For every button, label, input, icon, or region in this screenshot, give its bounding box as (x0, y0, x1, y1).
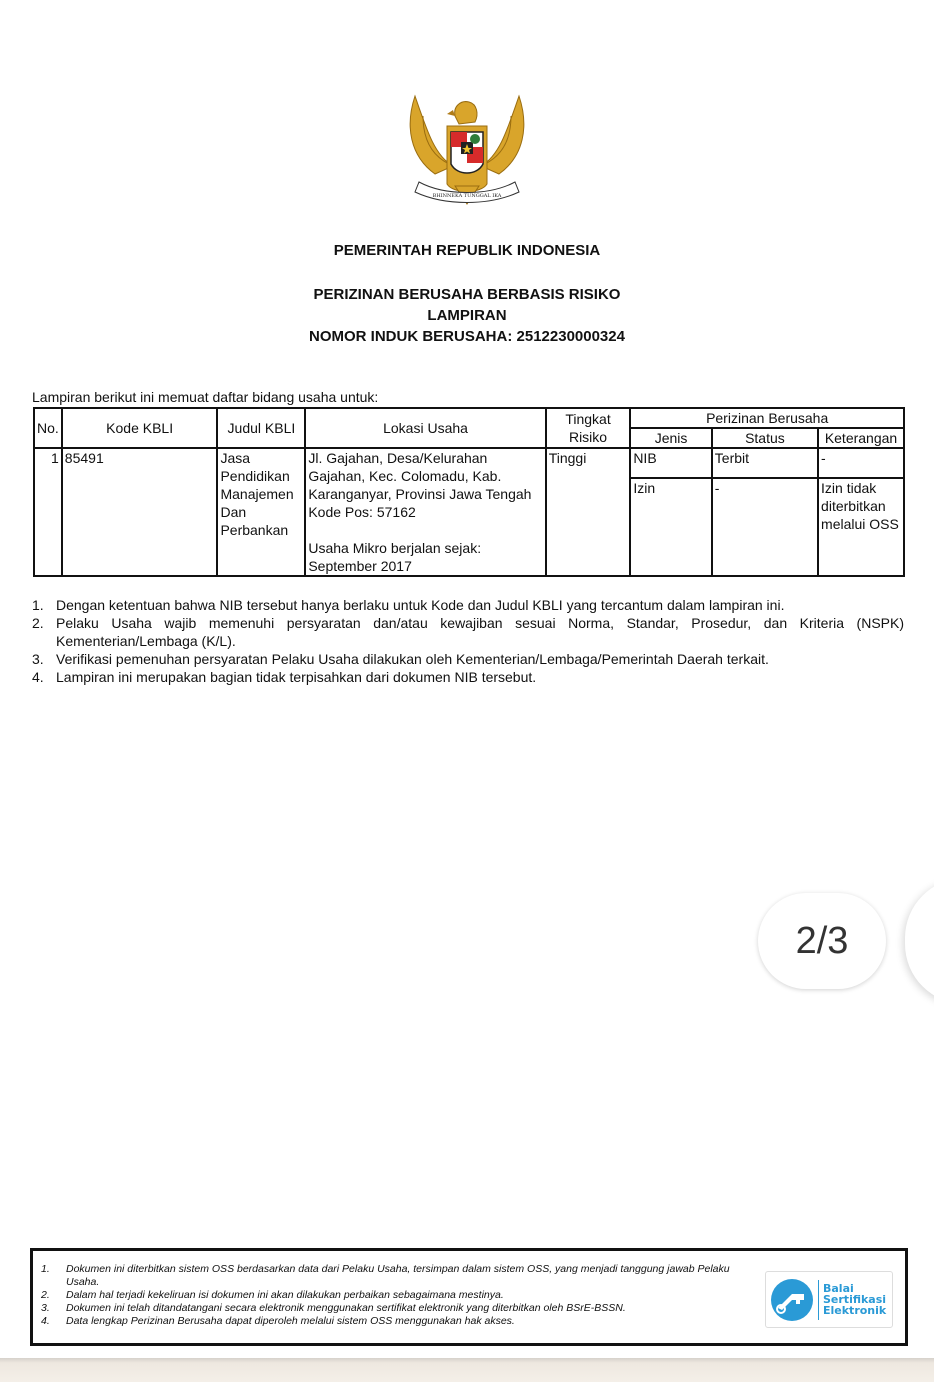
document-title: PERIZINAN BERUSAHA BERBASIS RISIKO (0, 286, 934, 303)
lokasi-kode-pos: Kode Pos: 57162 (308, 503, 542, 521)
lokasi-usaha-mikro: Usaha Mikro berjalan sejak: September 20… (308, 539, 542, 575)
footer-disclaimer-box: 1.Dokumen ini diterbitkan sistem OSS ber… (30, 1248, 908, 1346)
footer-note-item: 1.Dokumen ini diterbitkan sistem OSS ber… (41, 1263, 761, 1289)
footer-note-item: 2.Dalam hal terjadi kekeliruan isi dokum… (41, 1289, 761, 1302)
bsre-line3: Elektronik (823, 1305, 886, 1316)
note-item: 3.Verifikasi pemenuhan persyaratan Pelak… (32, 650, 904, 668)
header-jenis: Jenis (630, 428, 711, 448)
government-heading: PEMERINTAH REPUBLIK INDONESIA (0, 242, 934, 259)
note-item: 2.Pelaku Usaha wajib memenuhi persyarata… (32, 614, 904, 650)
intro-text: Lampiran berikut ini memuat daftar bidan… (32, 389, 378, 405)
notes-list: 1.Dengan ketentuan bahwa NIB tersebut ha… (32, 596, 904, 686)
footer-note-item: 3.Dokumen ini telah ditandatangani secar… (41, 1302, 761, 1315)
footer-notes-list: 1.Dokumen ini diterbitkan sistem OSS ber… (41, 1263, 761, 1328)
header-kode-kbli: Kode KBLI (62, 408, 218, 448)
bsre-logo: Balai Sertifikasi Elektronik (765, 1271, 893, 1328)
cell-tingkat-risiko: Tinggi (546, 448, 631, 576)
kbli-table: No. Kode KBLI Judul KBLI Lokasi Usaha Ti… (33, 407, 905, 577)
nib-number: NOMOR INDUK BERUSAHA: 2512230000324 (0, 328, 934, 345)
note-item: 1.Dengan ketentuan bahwa NIB tersebut ha… (32, 596, 904, 614)
garuda-emblem-icon: BHINNEKA TUNGGAL IKA (405, 86, 529, 214)
page-indicator[interactable]: 2/3 (758, 893, 886, 989)
header-perizinan-berusaha: Perizinan Berusaha (630, 408, 904, 428)
cell-keterangan-izin: Izin tidak diterbitkan melalui OSS (818, 478, 904, 576)
svg-text:BHINNEKA TUNGGAL IKA: BHINNEKA TUNGGAL IKA (433, 193, 502, 199)
header-status: Status (712, 428, 818, 448)
document-subtitle: LAMPIRAN (0, 307, 934, 324)
lokasi-address: Jl. Gajahan, Desa/Kelurahan Gajahan, Kec… (308, 449, 542, 503)
header-no: No. (34, 408, 62, 448)
cell-no: 1 (34, 448, 62, 576)
header-keterangan: Keterangan (818, 428, 904, 448)
footer-note-item: 4.Data lengkap Perizinan Berusaha dapat … (41, 1315, 761, 1328)
cell-kode-kbli: 85491 (62, 448, 218, 576)
cell-jenis-nib: NIB (630, 448, 711, 478)
viewer-bottom-bar (0, 1358, 934, 1382)
header-tingkat-risiko: Tingkat Risiko (546, 408, 631, 448)
cell-judul-kbli: Jasa Pendidikan Manajemen Dan Perbankan (217, 448, 305, 576)
table-row: 1 85491 Jasa Pendidikan Manajemen Dan Pe… (34, 448, 904, 478)
cell-jenis-izin: Izin (630, 478, 711, 576)
note-item: 4.Lampiran ini merupakan bagian tidak te… (32, 668, 904, 686)
cell-lokasi-usaha: Jl. Gajahan, Desa/Kelurahan Gajahan, Kec… (305, 448, 545, 576)
cell-status-izin: - (712, 478, 818, 576)
header-lokasi-usaha: Lokasi Usaha (305, 408, 545, 448)
cell-keterangan-nib: - (818, 448, 904, 478)
header-judul-kbli: Judul KBLI (217, 408, 305, 448)
bsre-key-icon (770, 1278, 814, 1322)
document-page: BHINNEKA TUNGGAL IKA PEMERINTAH REPUBLIK… (0, 0, 934, 1358)
cell-status-nib: Terbit (712, 448, 818, 478)
